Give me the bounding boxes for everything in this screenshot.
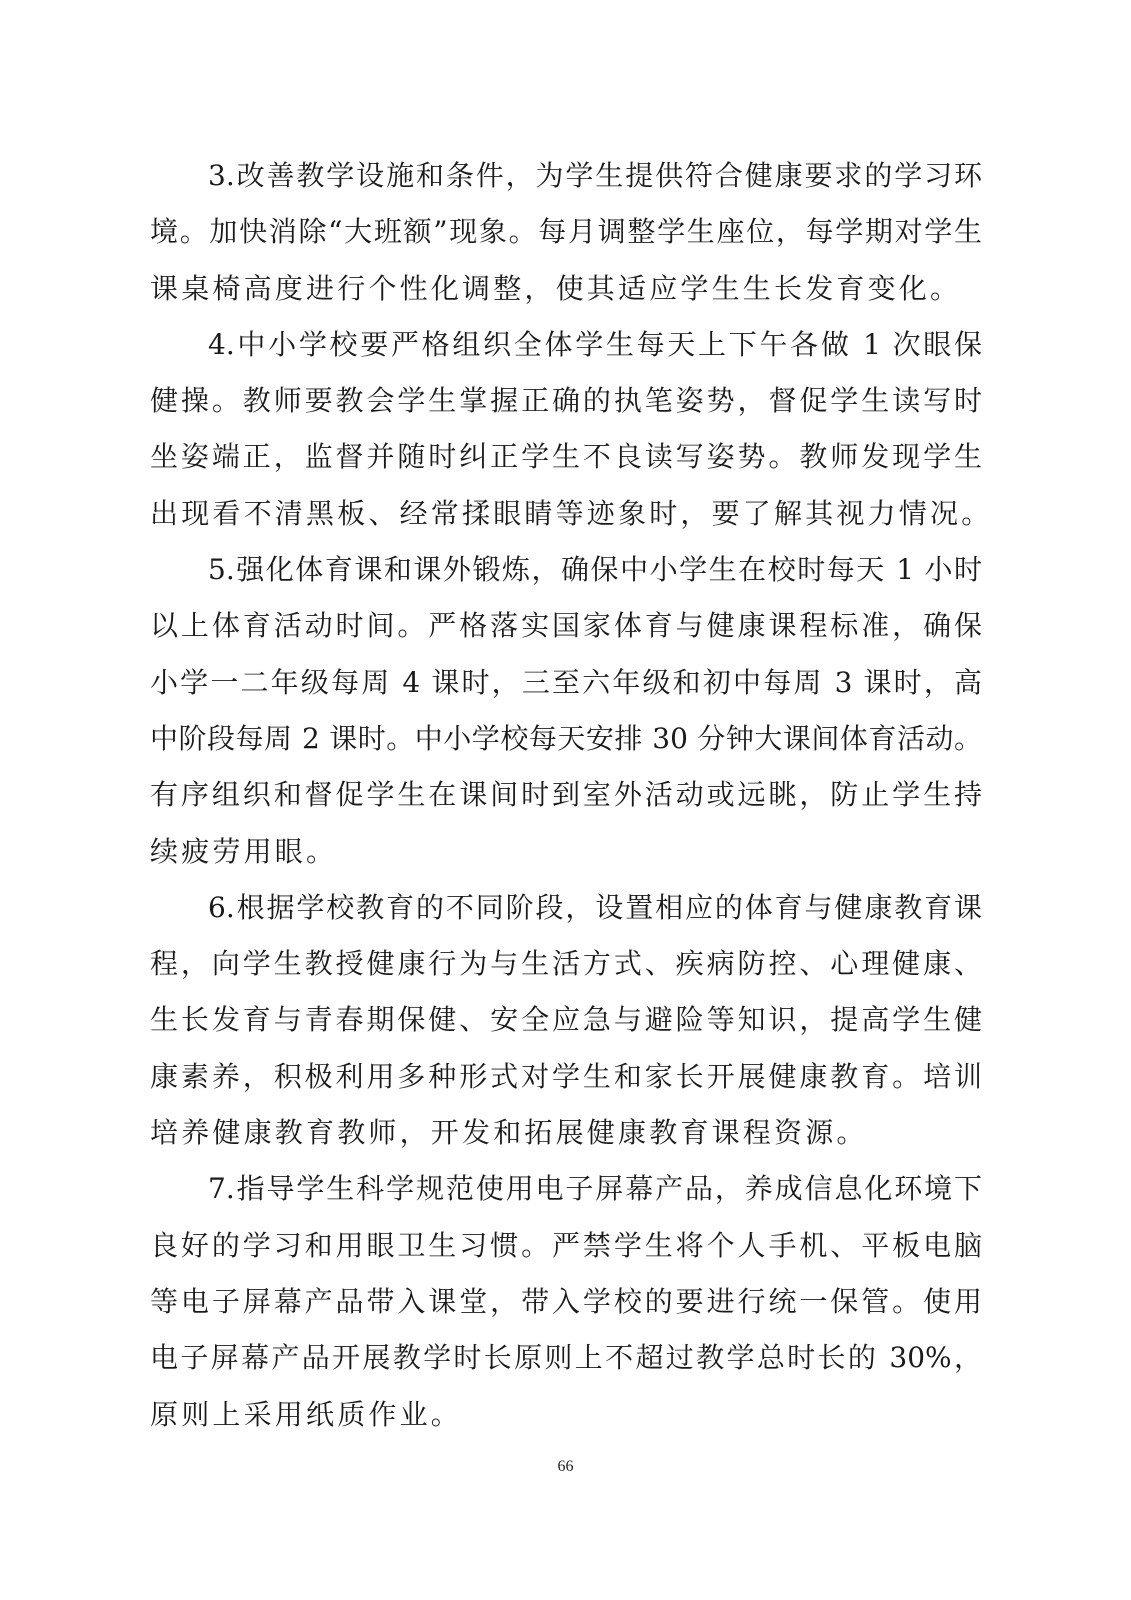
text-line: 有序组织和督促学生在课间时到室外活动或远眺，防止学生持 <box>150 767 982 823</box>
text-line: 坐姿端正，监督并随时纠正学生不良读写姿势。教师发现学生 <box>150 429 982 485</box>
text-line: 电子屏幕产品开展教学时长原则上不超过教学总时长的 30%， <box>150 1330 982 1386</box>
text-line: 小学一二年级每周 4 课时，三至六年级和初中每周 3 课时，高 <box>150 655 982 711</box>
text-line: 7.指导学生科学规范使用电子屏幕产品，养成信息化环境下 <box>150 1161 982 1217</box>
text-line: 良好的学习和用眼卫生习惯。严禁学生将个人手机、平板电脑 <box>150 1218 982 1274</box>
text-line: 培养健康教育教师，开发和拓展健康教育课程资源。 <box>150 1105 982 1161</box>
paragraph-item-7: 7.指导学生科学规范使用电子屏幕产品，养成信息化环境下 良好的学习和用眼卫生习惯… <box>150 1161 982 1442</box>
text-line: 以上体育活动时间。严格落实国家体育与健康课程标准，确保 <box>150 598 982 654</box>
text-line: 原则上采用纸质作业。 <box>150 1387 982 1443</box>
page-number: 66 <box>0 1458 1131 1476</box>
text-line: 等电子屏幕产品带入课堂，带入学校的要进行统一保管。使用 <box>150 1274 982 1330</box>
text-line: 康素养，积极利用多种形式对学生和家长开展健康教育。培训 <box>150 1049 982 1105</box>
text-line: 6.根据学校教育的不同阶段，设置相应的体育与健康教育课 <box>150 880 982 936</box>
paragraph-item-3: 3.改善教学设施和条件，为学生提供符合健康要求的学习环 境。加快消除“大班额”现… <box>150 148 982 317</box>
body-text: 3.改善教学设施和条件，为学生提供符合健康要求的学习环 境。加快消除“大班额”现… <box>150 148 982 1443</box>
text-line: 续疲劳用眼。 <box>150 824 982 880</box>
text-line: 4.中小学校要严格组织全体学生每天上下午各做 1 次眼保 <box>150 317 982 373</box>
text-line: 5.强化体育课和课外锻炼，确保中小学生在校时每天 1 小时 <box>150 542 982 598</box>
text-line: 健操。教师要教会学生掌握正确的执笔姿势，督促学生读写时 <box>150 373 982 429</box>
paragraph-item-6: 6.根据学校教育的不同阶段，设置相应的体育与健康教育课 程，向学生教授健康行为与… <box>150 880 982 1161</box>
text-line: 程，向学生教授健康行为与生活方式、疾病防控、心理健康、 <box>150 936 982 992</box>
text-line: 3.改善教学设施和条件，为学生提供符合健康要求的学习环 <box>150 148 982 204</box>
document-page: 3.改善教学设施和条件，为学生提供符合健康要求的学习环 境。加快消除“大班额”现… <box>0 0 1131 1600</box>
paragraph-item-5: 5.强化体育课和课外锻炼，确保中小学生在校时每天 1 小时 以上体育活动时间。严… <box>150 542 982 880</box>
text-line: 生长发育与青春期保健、安全应急与避险等知识，提高学生健 <box>150 992 982 1048</box>
paragraph-item-4: 4.中小学校要严格组织全体学生每天上下午各做 1 次眼保 健操。教师要教会学生掌… <box>150 317 982 542</box>
text-line: 出现看不清黑板、经常揉眼睛等迹象时，要了解其视力情况。 <box>150 486 982 542</box>
text-line: 境。加快消除“大班额”现象。每月调整学生座位，每学期对学生 <box>150 204 982 260</box>
text-line: 中阶段每周 2 课时。中小学校每天安排 30 分钟大课间体育活动。 <box>150 711 982 767</box>
text-line: 课桌椅高度进行个性化调整，使其适应学生生长发育变化。 <box>150 261 982 317</box>
